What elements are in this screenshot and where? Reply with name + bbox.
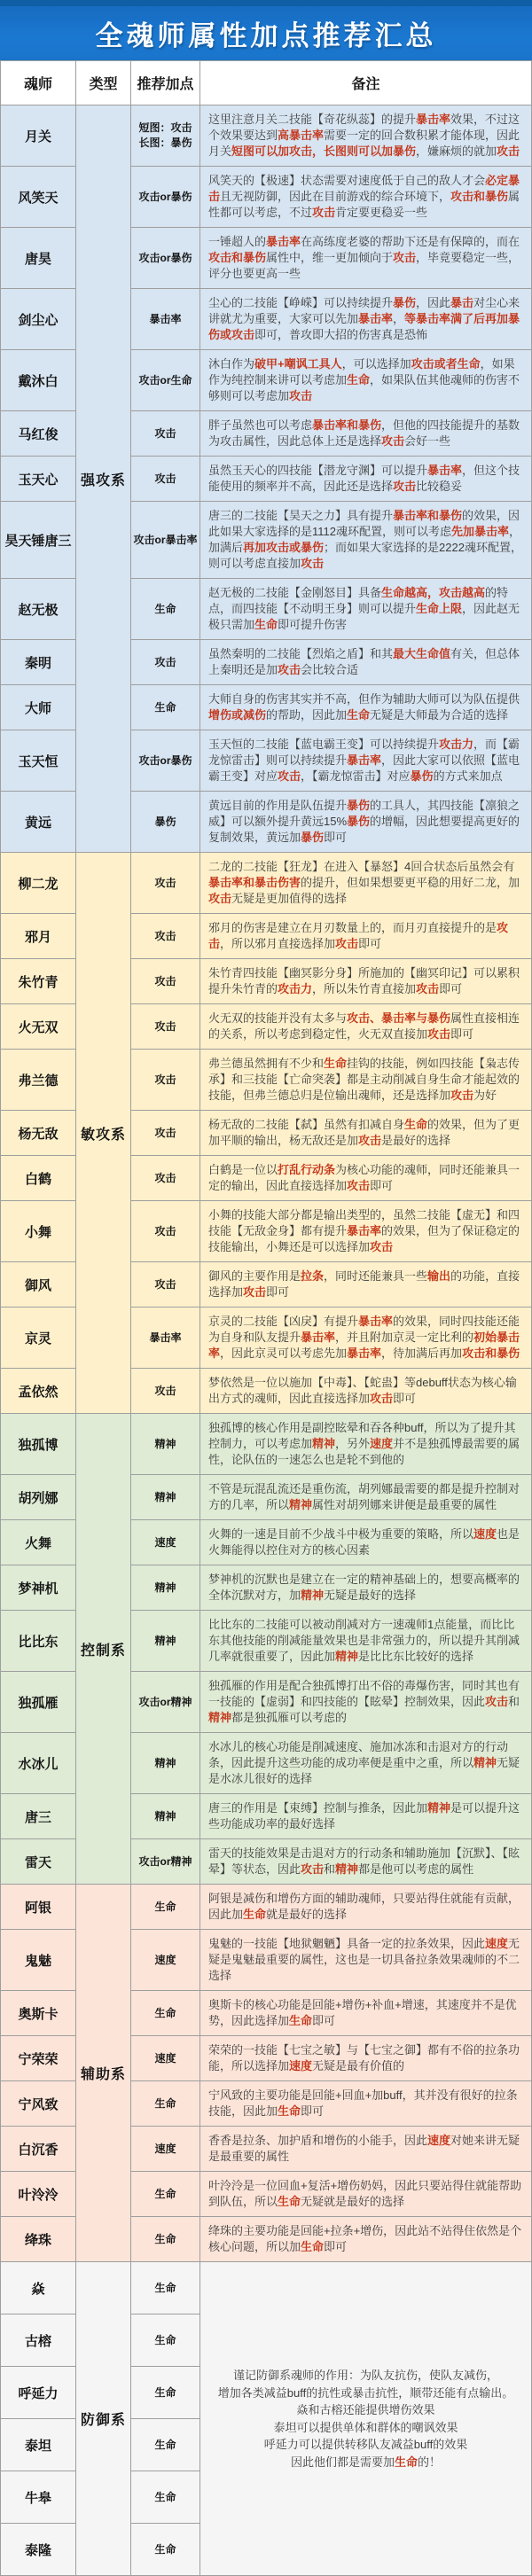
recommended-stat: 暴击率 bbox=[131, 1308, 200, 1369]
highlight-text: 精神 bbox=[335, 1862, 358, 1876]
note-text: 无疑是更加值得的选择 bbox=[231, 892, 347, 905]
note-cell: 沐白作为破甲+嘲讽工具人，可以选择加攻击或者生命，如果作为纯控制来讲可以考虑加生… bbox=[200, 350, 532, 411]
highlight-text: 速度 bbox=[485, 1937, 508, 1950]
note-text: 独孤雁的作用是配合独孤博打出不俗的毒爆伤害，同时其也有一技能的【虚弱】和四技能的… bbox=[208, 1679, 520, 1708]
note-text: 二龙的二技能【狂龙】在进入【暴怒】4回合状态后虽然会有 bbox=[208, 860, 514, 873]
note-text: 无疑是大师最为合适的选择 bbox=[370, 708, 508, 722]
note-text: ，另外 bbox=[335, 1437, 370, 1450]
highlight-text: 暴击 bbox=[450, 296, 473, 309]
recommended-stat: 生命 bbox=[131, 579, 200, 640]
recommended-stat: 攻击 bbox=[131, 457, 200, 502]
title-bar: 全魂师属性加点推荐汇总 bbox=[0, 0, 532, 60]
type-group-label: 敏攻系 bbox=[76, 853, 131, 1414]
note-cell: 御风的主要作用是拉条，同时还能兼具一些输出的功能，直接选择加攻击即可 bbox=[200, 1262, 532, 1308]
highlight-text: 暴伤 bbox=[411, 769, 434, 783]
recommended-stat: 生命 bbox=[131, 2471, 200, 2524]
header-type: 类型 bbox=[76, 61, 131, 105]
soulmaster-name: 京灵 bbox=[1, 1308, 76, 1369]
note-text: 京灵的二技能【凶戾】有提升 bbox=[208, 1315, 358, 1328]
recommended-stat: 精神 bbox=[131, 1565, 200, 1611]
highlight-text: 暴击率 bbox=[347, 1224, 381, 1237]
recommended-stat: 攻击or暴伤 bbox=[131, 167, 200, 228]
note-cell: 二龙的二技能【狂龙】在进入【暴怒】4回合状态后虽然会有暴击率和暴击伤害的提升，但… bbox=[200, 853, 532, 914]
highlight-text: 生命 bbox=[301, 2240, 324, 2253]
highlight-text: 攻击 bbox=[485, 1695, 508, 1708]
note-text: 和 bbox=[508, 1695, 520, 1708]
note-cell: 朱竹青四技能【幽冥影分身】所施加的【幽冥印记】可以累积提升朱竹青的攻击力，所以朱… bbox=[200, 959, 532, 1004]
note-text: 即可 bbox=[450, 1027, 473, 1041]
recommended-stat: 攻击 bbox=[131, 1050, 200, 1111]
highlight-text: 破甲+嘲讽工具人 bbox=[254, 357, 342, 371]
note-cell: 香香是拉条、加护盾和增伤的小能手，因此速度对她来讲无疑是最重要的属性 bbox=[200, 2127, 532, 2172]
recommended-stat: 攻击 bbox=[131, 914, 200, 959]
soulmaster-name: 火无双 bbox=[1, 1004, 76, 1050]
highlight-text: 暴击率 bbox=[266, 235, 301, 248]
highlight-text: 攻击 bbox=[278, 663, 301, 676]
soulmaster-name: 马红俊 bbox=[1, 411, 76, 457]
highlight-text: 攻击 bbox=[208, 892, 231, 905]
note-text: ， bbox=[393, 312, 404, 325]
note-text: ，【霸龙惊雷击】对应 bbox=[301, 769, 411, 783]
note-text: 增加各类减益buff的抗性或暴击抗性，顺带还能有点输出。 bbox=[218, 2386, 513, 2400]
recommended-stat: 精神 bbox=[131, 1414, 200, 1475]
highlight-text: 打乱行动条 bbox=[278, 1163, 335, 1176]
highlight-text: 生命 bbox=[278, 2104, 301, 2118]
highlight-text: 攻击 bbox=[312, 206, 335, 219]
recommended-stat: 生命 bbox=[131, 2081, 200, 2127]
note-text: ，待加满后再加 bbox=[381, 1347, 462, 1360]
highlight-text: 暴击率 bbox=[347, 1347, 381, 1360]
note-text: 的帮助，因此加 bbox=[266, 708, 347, 722]
note-text: 大师自身的伤害其实并不高，但作为辅助大师可以为队伍提供 bbox=[208, 692, 520, 706]
highlight-text: 攻击 bbox=[289, 389, 312, 402]
note-text: ，并且附加京灵一定比利的 bbox=[335, 1331, 473, 1344]
note-text: 唐三的二技能【昊天之力】具有提升 bbox=[208, 509, 393, 522]
header-row: 魂师 类型 推荐加点 备注 bbox=[1, 61, 532, 105]
type-group-label: 强攻系 bbox=[76, 105, 131, 853]
soulmaster-name: 白鹤 bbox=[1, 1156, 76, 1201]
soulmaster-name: 秦明 bbox=[1, 640, 76, 685]
recommended-stat: 攻击 bbox=[131, 1111, 200, 1156]
highlight-text: 攻击和暴伤 bbox=[462, 1347, 520, 1360]
highlight-text: 攻击 bbox=[381, 434, 404, 448]
note-cell: 京灵的二技能【凶戾】有提升暴击率的效果，同时四技能还能为自身和队友提升暴击率，并… bbox=[200, 1308, 532, 1369]
soulmaster-name: 独孤博 bbox=[1, 1414, 76, 1475]
highlight-text: 暴击率和暴伤 bbox=[312, 418, 381, 432]
note-cell: 弗兰德虽然拥有不少和生命挂钩的技能，例如四技能【枭志传承】和三技能【亡命突袭】都… bbox=[200, 1050, 532, 1111]
note-text: 焱和古榕还能提供增伤效果 bbox=[296, 2403, 434, 2416]
note-cell: 尘心的二技能【峥嵘】可以持续提升暴伤，因此暴击对尘心来讲就尤为重要，大家可以先加… bbox=[200, 289, 532, 350]
recommended-stat: 攻击or精神 bbox=[131, 1672, 200, 1733]
soulmaster-name: 比比东 bbox=[1, 1611, 76, 1672]
note-text: 是比比东比较好的选择 bbox=[358, 1650, 473, 1663]
recommended-stat: 攻击 bbox=[131, 959, 200, 1004]
highlight-text: 生命 bbox=[395, 2455, 418, 2469]
note-text: 御风的主要作用是 bbox=[208, 1269, 301, 1283]
recommended-stat: 短图：攻击 长图：暴伤 bbox=[131, 105, 200, 167]
recommended-stat: 速度 bbox=[131, 2036, 200, 2081]
note-text: 谨记防御系魂师的作用：为队友抗伤，使队友减伤， bbox=[233, 2369, 498, 2382]
page-title: 全魂师属性加点推荐汇总 bbox=[96, 13, 437, 53]
highlight-text: 生命越高，攻击越高 bbox=[381, 586, 485, 599]
highlight-text: 再加攻击或暴伤 bbox=[243, 541, 324, 554]
highlight-text: 攻击 bbox=[427, 1027, 450, 1041]
highlight-text: 暴击率 bbox=[347, 753, 381, 767]
highlight-text: 速度 bbox=[427, 2134, 450, 2147]
soulmaster-name: 御风 bbox=[1, 1262, 76, 1308]
note-cell: 杨无敌的二技能【弑】虽然有扣减自身生命的效果，但为了更加平顺的输出，杨无敌还是加… bbox=[200, 1111, 532, 1156]
note-cell: 梦神机的沉默也是建立在一定的精神基础上的，想要高概率的全体沉默对方，加精神无疑是… bbox=[200, 1565, 532, 1611]
recommended-stat: 攻击 bbox=[131, 640, 200, 685]
note-text: 火无双的技能并没有太多与 bbox=[208, 1011, 347, 1025]
group-note-line: 泰坦可以提供单体和群体的嘲讽效果 bbox=[204, 2419, 528, 2437]
note-text: ，所以朱竹青直接加 bbox=[312, 982, 416, 995]
recommended-stat: 攻击 bbox=[131, 1004, 200, 1050]
note-text: 会比较合适 bbox=[301, 663, 358, 676]
note-text: 无疑是最有价值的 bbox=[312, 2059, 404, 2073]
highlight-text: 增伤或减伤 bbox=[208, 708, 266, 722]
note-text: 即可 bbox=[266, 1285, 289, 1299]
highlight-text: 输出 bbox=[427, 1269, 450, 1283]
recommended-stat: 生命 bbox=[131, 2367, 200, 2419]
recommended-stat: 精神 bbox=[131, 1733, 200, 1794]
note-cell: 赵无极的二技能【金刚怒目】具备生命越高，攻击越高的特点，而四技能【不动明王身】则… bbox=[200, 579, 532, 640]
recommended-stat: 生命 bbox=[131, 1885, 200, 1930]
highlight-text: 暴击率 bbox=[427, 464, 462, 477]
soulmaster-name: 牛皋 bbox=[1, 2471, 76, 2524]
soulmaster-name: 昊天锤唐三 bbox=[1, 502, 76, 579]
note-text: 泰坦可以提供单体和群体的嘲讽效果 bbox=[273, 2421, 458, 2434]
soulmaster-name: 独孤雁 bbox=[1, 1672, 76, 1733]
attribute-guide-page: 全魂师属性加点推荐汇总 魂师 类型 推荐加点 备注 月关强攻系短图：攻击 长图：… bbox=[0, 0, 532, 2576]
note-text: 因此他们都是需要加 bbox=[291, 2455, 395, 2469]
recommended-stat: 精神 bbox=[131, 1475, 200, 1520]
highlight-text: 攻击 bbox=[347, 1179, 370, 1192]
soulmaster-name: 胡列娜 bbox=[1, 1475, 76, 1520]
note-cell: 绛珠的主要功能是回能+拉条+增伤，因此站不站得住依然是个核心问题，所以加生命即可 bbox=[200, 2217, 532, 2262]
highlight-text: 精神 bbox=[208, 1711, 231, 1724]
soulmaster-name: 柳二龙 bbox=[1, 853, 76, 914]
highlight-text: 攻击 bbox=[301, 1862, 324, 1876]
highlight-text: 暴击率和暴伤 bbox=[393, 509, 462, 522]
type-group-label: 控制系 bbox=[76, 1414, 131, 1885]
recommended-stat: 速度 bbox=[131, 1930, 200, 1991]
soulmaster-name: 宁荣荣 bbox=[1, 2036, 76, 2081]
soulmaster-name: 戴沐白 bbox=[1, 350, 76, 411]
note-text: 和 bbox=[324, 1862, 335, 1876]
highlight-text: 生命 bbox=[254, 618, 278, 631]
soulmaster-name: 唐昊 bbox=[1, 228, 76, 289]
note-cell: 邪月的伤害是建立在月刃数量上的，而月刃直接提升的是攻击，所以邪月直接选择加攻击即… bbox=[200, 914, 532, 959]
note-text: 呼延力可以提供转移队友减益buff的效果 bbox=[264, 2438, 467, 2451]
table-row: 月关强攻系短图：攻击 长图：暴伤这里注意月关二技能【奇花纵蕊】的提升暴击率效果，… bbox=[1, 105, 532, 167]
highlight-text: 生命 bbox=[404, 1118, 427, 1131]
soulmaster-name: 剑尘心 bbox=[1, 289, 76, 350]
highlight-text: 生命 bbox=[324, 1057, 347, 1070]
note-text: 都是独孤雁可以考虑的 bbox=[231, 1711, 347, 1724]
highlight-text: 攻击或者生命 bbox=[411, 357, 481, 371]
table-row: 柳二龙敏攻系攻击二龙的二技能【狂龙】在进入【暴怒】4回合状态后虽然会有暴击率和暴… bbox=[1, 853, 532, 914]
note-text: 就是最好的选择 bbox=[266, 1908, 347, 1921]
note-text: 属性中，维一更加倾向于 bbox=[266, 251, 393, 264]
highlight-text: 攻击 bbox=[497, 144, 520, 158]
highlight-text: 攻击 bbox=[450, 1089, 473, 1102]
note-text: 火舞的一速是目前不少战斗中极为重要的策略，所以 bbox=[208, 1527, 473, 1541]
highlight-text: 暴伤 bbox=[347, 799, 370, 812]
note-text: 沐白作为 bbox=[208, 357, 254, 371]
note-text: 即可，普攻即大招的伤害真是恐怖 bbox=[254, 328, 427, 341]
note-cell: 唐三的作用是【束缚】控制与推条，因此加精神是可以提升这些功能成功率的最好选择 bbox=[200, 1794, 532, 1839]
highlight-text: 攻击 bbox=[335, 937, 358, 950]
recommended-stat: 攻击or精神 bbox=[131, 1839, 200, 1885]
note-text: 即可 bbox=[370, 1179, 393, 1192]
note-text: 玉天恒的二技能【蓝电霸王变】可以持续提升 bbox=[208, 738, 439, 751]
highlight-text: 暴击率 bbox=[301, 1331, 335, 1344]
soulmaster-name: 朱竹青 bbox=[1, 959, 76, 1004]
group-note: 谨记防御系魂师的作用：为队友抗伤，使队友减伤，增加各类减益buff的抗性或暴击抗… bbox=[200, 2262, 532, 2576]
highlight-text: 精神 bbox=[335, 1650, 358, 1663]
recommended-stat: 生命 bbox=[131, 2314, 200, 2367]
note-text: ，可以选择加 bbox=[342, 357, 411, 371]
note-text: 胖子虽然也可以考虑 bbox=[208, 418, 312, 432]
header-recommendation: 推荐加点 bbox=[131, 61, 200, 105]
highlight-text: 最大生命值 bbox=[393, 647, 450, 660]
soulmaster-name: 小舞 bbox=[1, 1201, 76, 1262]
soulmaster-name: 弗兰德 bbox=[1, 1050, 76, 1111]
recommended-stat: 生命 bbox=[131, 2172, 200, 2217]
note-cell: 宁风致的主要功能是回能+回血+加buff，其并没有很好的拉条技能，因此加生命即可 bbox=[200, 2081, 532, 2127]
note-cell: 火无双的技能并没有太多与攻击、暴击率与暴伤属性直接相连的关系，所以考虑到稳定性，… bbox=[200, 1004, 532, 1050]
highlight-text: 攻击和暴伤 bbox=[208, 251, 266, 264]
highlight-text: 攻击 bbox=[358, 1134, 381, 1147]
note-text: 唐三的作用是【束缚】控制与推条，因此加 bbox=[208, 1801, 427, 1815]
note-text: 在高练度老婆的帮助下还是有保障的，而在 bbox=[301, 235, 520, 248]
note-text: ，同时还能兼具一些 bbox=[324, 1269, 427, 1283]
note-text: 属性对胡列娜来讲便是最重要的属性 bbox=[312, 1498, 497, 1511]
recommended-stat: 生命 bbox=[131, 685, 200, 730]
soulmaster-name: 绛珠 bbox=[1, 2217, 76, 2262]
note-text: 无疑就是最好的选择 bbox=[301, 2195, 404, 2208]
note-text: 风笑天的【极速】状态需要对速度低于自己的敌人才会 bbox=[208, 174, 485, 187]
highlight-text: 精神 bbox=[473, 1756, 497, 1769]
note-cell: 鬼魅的一技能【地狱魍魉】具备一定的拉条效果，因此速度无疑是鬼魅最重要的属性，这也… bbox=[200, 1930, 532, 1991]
recommended-stat: 生命 bbox=[131, 1991, 200, 2036]
soulmaster-name: 玉天恒 bbox=[1, 730, 76, 792]
note-text: 梦依然是一位以施加【中毒】、【蛇蛊】等debuff状态为核心输出方式的魂师，因此… bbox=[208, 1376, 517, 1405]
note-cell: 胖子虽然也可以考虑暴击率和暴伤，但他的四技能提升的基数为攻击属性，因此总体上还是… bbox=[200, 411, 532, 457]
highlight-text: 生命 bbox=[347, 708, 370, 722]
highlight-text: 速度 bbox=[370, 1437, 393, 1450]
note-cell: 一锤超人的暴击率在高练度老婆的帮助下还是有保障的，而在攻击和暴伤属性中，维一更加… bbox=[200, 228, 532, 289]
note-text: 比较稳妥 bbox=[416, 480, 462, 493]
note-text: 一锤超人的 bbox=[208, 235, 266, 248]
note-cell: 梦依然是一位以施加【中毒】、【蛇蛊】等debuff状态为核心输出方式的魂师，因此… bbox=[200, 1369, 532, 1414]
header-notes: 备注 bbox=[200, 61, 532, 105]
note-text: ，因此京灵可以考虑先加 bbox=[220, 1347, 347, 1360]
highlight-text: 攻击 bbox=[301, 557, 324, 570]
note-cell: 玉天恒的二技能【蓝电霸王变】可以持续提升攻击力，而【霸龙惊雷击】则可以持续提升暴… bbox=[200, 730, 532, 792]
table-row: 焱防御系生命谨记防御系魂师的作用：为队友抗伤，使队友减伤，增加各类减益buff的… bbox=[1, 2262, 532, 2314]
note-text: 奥斯卡的核心功能是回能+增伤+补血+增速，其速度并不是优势，因此选择加 bbox=[208, 1998, 517, 2027]
highlight-text: 精神 bbox=[289, 1498, 312, 1511]
soulmaster-name: 邪月 bbox=[1, 914, 76, 959]
note-text: 鬼魅的一技能【地狱魍魉】具备一定的拉条效果，因此 bbox=[208, 1937, 485, 1950]
table-row: 阿银辅助系生命阿银是减伤和增伤方面的辅助魂师，只要站得住就能有贡献，因此加生命就… bbox=[1, 1885, 532, 1930]
recommended-stat: 攻击or暴伤 bbox=[131, 730, 200, 792]
note-cell: 独孤雁的作用是配合独孤博打出不俗的毒爆伤害，同时其也有一技能的【虚弱】和四技能的… bbox=[200, 1672, 532, 1733]
soulmaster-name: 梦神机 bbox=[1, 1565, 76, 1611]
recommended-stat: 速度 bbox=[131, 1520, 200, 1565]
note-text: 香香是拉条、加护盾和增伤的小能手，因此 bbox=[208, 2134, 427, 2147]
soulmaster-name: 孟依然 bbox=[1, 1369, 76, 1414]
highlight-text: 短图可以加攻击，长图则可以加暴伤 bbox=[231, 144, 416, 158]
soulmaster-name: 奥斯卡 bbox=[1, 1991, 76, 2036]
note-cell: 火舞的一速是目前不少战斗中极为重要的策略，所以速度也是火舞能得以控住对方的核心因… bbox=[200, 1520, 532, 1565]
note-cell: 独孤博的核心作用是副控眩晕和吞各种buff，所以为了提升其控制力，可以考虑加精神… bbox=[200, 1414, 532, 1475]
type-group-label: 辅助系 bbox=[76, 1885, 131, 2262]
highlight-text: 攻击、暴击率与暴伤 bbox=[347, 1011, 450, 1025]
soulmaster-name: 大师 bbox=[1, 685, 76, 730]
note-text: 绛珠的主要功能是回能+拉条+增伤，因此站不站得住依然是个核心问题，所以加 bbox=[208, 2224, 521, 2253]
note-text: 虽然秦明的二技能【烈焰之盾】和其 bbox=[208, 647, 393, 660]
group-note-line: 呼延力可以提供转移队友减益buff的效果 bbox=[204, 2436, 528, 2454]
note-cell: 白鹤是一位以打乱行动条为核心功能的魂师，同时还能兼具一定的输出，因此直接选择加攻… bbox=[200, 1156, 532, 1201]
type-group-label: 防御系 bbox=[76, 2262, 131, 2576]
note-text: 且无视防御，因此在目前游戏的综合环境下， bbox=[220, 190, 450, 203]
highlight-text: 暴伤 bbox=[301, 831, 324, 844]
recommended-stat: 攻击 bbox=[131, 1262, 200, 1308]
note-text: 水冰儿的核心功能是削减速度、施加冰冻和击退对方的行动条，因此提升这些功能的成功率… bbox=[208, 1740, 508, 1769]
recommended-stat: 生命 bbox=[131, 2419, 200, 2471]
highlight-text: 暴伤 bbox=[393, 296, 416, 309]
soulmaster-name: 白沉香 bbox=[1, 2127, 76, 2172]
highlight-text: 生命 bbox=[289, 2014, 312, 2027]
recommended-stat: 攻击 bbox=[131, 1369, 200, 1414]
highlight-text: 攻击 bbox=[243, 1285, 266, 1299]
soulmaster-name: 月关 bbox=[1, 105, 76, 167]
highlight-text: 暴击率和暴击伤害 bbox=[208, 876, 301, 889]
soulmaster-name: 玉天心 bbox=[1, 457, 76, 502]
recommended-stat: 攻击 bbox=[131, 853, 200, 914]
recommended-stat: 精神 bbox=[131, 1611, 200, 1672]
note-text: 是最好的选择 bbox=[381, 1134, 450, 1147]
recommended-stat: 暴伤 bbox=[131, 792, 200, 853]
note-text: 即可 bbox=[312, 2014, 335, 2027]
note-cell: 虽然玉天心的四技能【潜龙守渊】可以提升暴击率，但这个技能使用的频率并不高，因此还… bbox=[200, 457, 532, 502]
soulmaster-name: 水冰儿 bbox=[1, 1733, 76, 1794]
note-text: 无疑是最好的选择 bbox=[324, 1589, 416, 1602]
note-text: 尘心的二技能【峥嵘】可以持续提升 bbox=[208, 296, 393, 309]
soulmaster-name: 叶泠泠 bbox=[1, 2172, 76, 2217]
soulmaster-name: 赵无极 bbox=[1, 579, 76, 640]
recommended-stat: 攻击or暴伤 bbox=[131, 228, 200, 289]
note-text: 即可 bbox=[324, 2240, 347, 2253]
highlight-text: 攻击 bbox=[370, 1392, 393, 1405]
note-text: ，因此 bbox=[416, 296, 450, 309]
highlight-text: 精神 bbox=[301, 1589, 324, 1602]
note-text: ，所以邪月直接选择加 bbox=[220, 937, 335, 950]
recommended-stat: 速度 bbox=[131, 2127, 200, 2172]
note-cell: 大师自身的伤害其实并不高，但作为辅助大师可以为队伍提供增伤或减伤的帮助，因此加生… bbox=[200, 685, 532, 730]
group-note-line: 因此他们都是需要加生命的！ bbox=[204, 2454, 528, 2471]
highlight-text: 暴击率 bbox=[416, 113, 450, 126]
highlight-text: 高暴击率 bbox=[278, 129, 324, 142]
note-text: 邪月的伤害是建立在月刃数量上的，而月刃直接提升的是 bbox=[208, 921, 497, 934]
note-text: 都是他可以考虑的属性 bbox=[358, 1862, 473, 1876]
note-text: 白鹤是一位以 bbox=[208, 1163, 278, 1176]
table-body: 月关强攻系短图：攻击 长图：暴伤这里注意月关二技能【奇花纵蕊】的提升暴击率效果，… bbox=[1, 105, 532, 2576]
highlight-text: 速度 bbox=[473, 1527, 497, 1541]
recommended-stat: 攻击or暴击率 bbox=[131, 502, 200, 579]
soulmaster-name: 鬼魅 bbox=[1, 1930, 76, 1991]
note-cell: 风笑天的【极速】状态需要对速度低于自己的敌人才会必定暴击且无视防御，因此在目前游… bbox=[200, 167, 532, 228]
note-text: 黄远目前的作用是队伍提升 bbox=[208, 799, 347, 812]
highlight-text: 拉条 bbox=[301, 1269, 324, 1283]
soulmaster-name: 宁风致 bbox=[1, 2081, 76, 2127]
highlight-text: 先加暴击率 bbox=[451, 525, 509, 538]
note-text: 即可 bbox=[439, 982, 462, 995]
highlight-text: 精神 bbox=[427, 1801, 450, 1815]
soulmaster-name: 泰隆 bbox=[1, 2524, 76, 2576]
highlight-text: 攻击 bbox=[393, 480, 416, 493]
note-cell: 叶泠泠是一位回血+复活+增伤奶妈，因此只要站得住就能帮助到队伍，所以生命无疑就是… bbox=[200, 2172, 532, 2217]
note-cell: 比比东的二技能可以被动削减对方一速魂师1点能量，而比比东其他技能的削减能量效果也… bbox=[200, 1611, 532, 1672]
soulmaster-name: 风笑天 bbox=[1, 167, 76, 228]
highlight-text: 攻击和暴伤 bbox=[450, 190, 508, 203]
note-text: 虽然玉天心的四技能【潜龙守渊】可以提升 bbox=[208, 464, 427, 477]
note-text: 肯定要更稳妥一些 bbox=[335, 206, 427, 219]
soulmaster-name: 阿银 bbox=[1, 1885, 76, 1930]
note-text: 宁风致的主要功能是回能+回血+加buff，其并没有很好的拉条技能，因此加 bbox=[208, 2088, 518, 2118]
highlight-text: 暴伤 bbox=[347, 815, 370, 828]
note-cell: 奥斯卡的核心功能是回能+增伤+补血+增速，其速度并不是优势，因此选择加生命即可 bbox=[200, 1991, 532, 2036]
note-text: 的！ bbox=[418, 2455, 441, 2469]
note-text: 赵无极的二技能【金刚怒目】具备 bbox=[208, 586, 381, 599]
soulmaster-name: 泰坦 bbox=[1, 2419, 76, 2471]
note-text: 即可 bbox=[324, 831, 347, 844]
soulmaster-name: 杨无敌 bbox=[1, 1111, 76, 1156]
soulmaster-name: 黄远 bbox=[1, 792, 76, 853]
note-cell: 虽然秦明的二技能【烈焰之盾】和其最大生命值有关，但总体上秦明还是加攻击会比较合适 bbox=[200, 640, 532, 685]
note-text: 即可提升伤害 bbox=[278, 618, 347, 631]
highlight-text: 攻击力 bbox=[439, 738, 473, 751]
group-note-line: 焱和古榕还能提供增伤效果 bbox=[204, 2401, 528, 2419]
soulmaster-name: 呼延力 bbox=[1, 2367, 76, 2419]
note-text: 的方式来加点 bbox=[434, 769, 503, 783]
note-text: 会好一些 bbox=[404, 434, 450, 448]
note-text: 即可 bbox=[301, 2104, 324, 2118]
recommended-stat: 生命 bbox=[131, 2262, 200, 2314]
highlight-text: 生命上限 bbox=[416, 602, 462, 615]
highlight-text: 生命 bbox=[347, 373, 370, 386]
highlight-text: 攻击 bbox=[370, 1240, 393, 1253]
recommended-stat: 攻击 bbox=[131, 1156, 200, 1201]
note-cell: 水冰儿的核心功能是削减速度、施加冰冻和击退对方的行动条，因此提升这些功能的成功率… bbox=[200, 1733, 532, 1794]
soulmaster-name: 唐三 bbox=[1, 1794, 76, 1839]
note-cell: 不管是玩混乱流还是重伤流，胡列娜最需要的都是提升控制对方的几率，所以精神属性对胡… bbox=[200, 1475, 532, 1520]
soulmaster-table: 魂师 类型 推荐加点 备注 月关强攻系短图：攻击 长图：暴伤这里注意月关二技能【… bbox=[0, 60, 532, 2576]
note-cell: 黄远目前的作用是队伍提升暴伤的工具人，其四技能【凛狼之威】可以额外提升黄远15%… bbox=[200, 792, 532, 853]
group-note-line: 谨记防御系魂师的作用：为队友抗伤，使队友减伤， bbox=[204, 2367, 528, 2385]
highlight-text: 暴击率 bbox=[358, 1315, 393, 1328]
note-text: 这里注意月关二技能【奇花纵蕊】的提升 bbox=[208, 113, 416, 126]
header-soulmaster: 魂师 bbox=[1, 61, 76, 105]
recommended-stat: 生命 bbox=[131, 2524, 200, 2576]
table-row: 独孤博控制系精神独孤博的核心作用是副控眩晕和吞各种buff，所以为了提升其控制力… bbox=[1, 1414, 532, 1475]
note-cell: 唐三的二技能【昊天之力】具有提升暴击率和暴伤的效果，因此如果大家选择的是1112… bbox=[200, 502, 532, 579]
highlight-text: 攻击 bbox=[393, 251, 416, 264]
note-cell: 小舞的技能大部分都是输出类型的，虽然二技能【虚无】和四技能【无敌金身】都有提升暴… bbox=[200, 1201, 532, 1262]
